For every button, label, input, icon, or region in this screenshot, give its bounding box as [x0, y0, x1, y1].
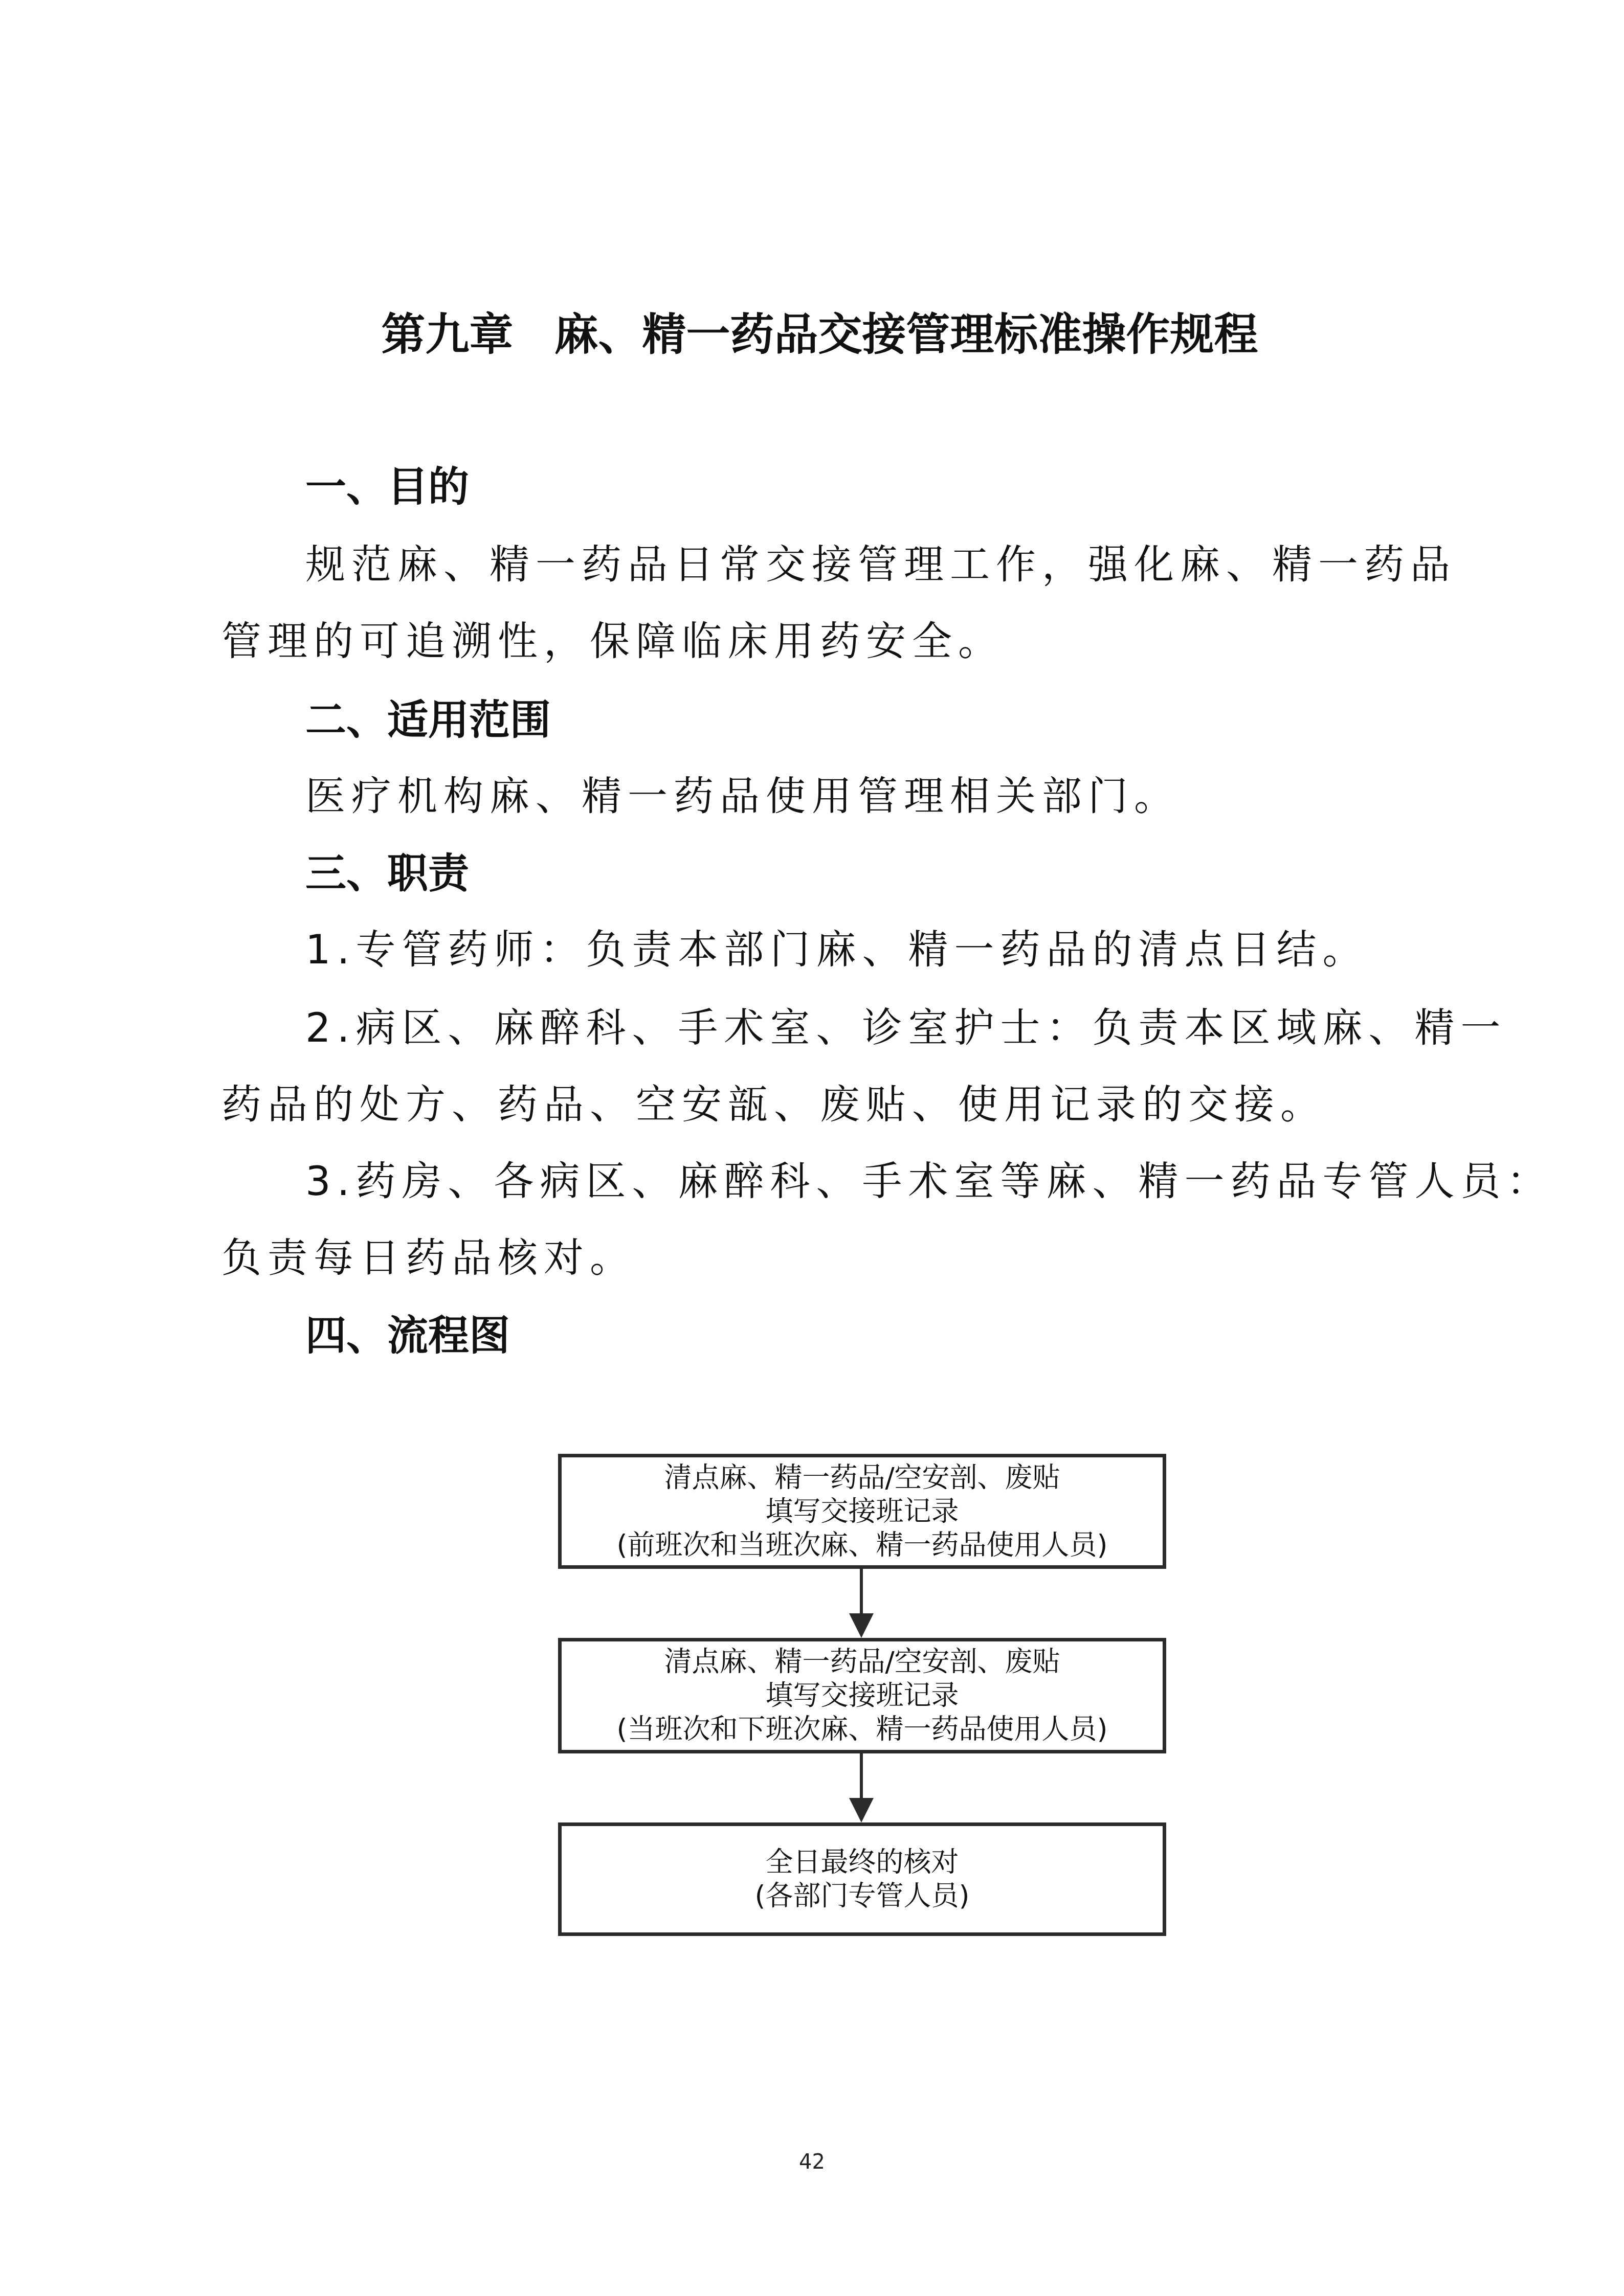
- purpose-line-1: 规范麻、精一药品日常交接管理工作，强化麻、精一药品: [305, 537, 1456, 593]
- step-3-line-1: 全日最终的核对: [766, 1845, 959, 1879]
- flow-arrow-1-line: [860, 1569, 863, 1615]
- section-heading-scope: 二、适用范围: [305, 692, 551, 748]
- duties-line-1: 1.专管药师：负责本部门麻、精一药品的清点日结。: [305, 922, 1368, 978]
- arrow-down-icon: [849, 1798, 874, 1822]
- step-2-line-2: 填写交接班记录: [766, 1679, 959, 1713]
- step-2-line-1: 清点麻、精一药品/空安剖、废贴: [664, 1645, 1060, 1679]
- step-1-line-3: (前班次和当班次麻、精一药品使用人员): [616, 1528, 1107, 1562]
- step-1-line-2: 填写交接班记录: [766, 1495, 959, 1528]
- flow-arrow-2-line: [860, 1753, 863, 1799]
- flowchart-step-3: 全日最终的核对 (各部门专管人员): [558, 1822, 1166, 1936]
- section-heading-duties: 三、职责: [305, 845, 469, 902]
- chapter-title: 第九章麻、精一药品交接管理标准操作规程: [381, 307, 1258, 363]
- flowchart-step-2: 清点麻、精一药品/空安剖、废贴 填写交接班记录 (当班次和下班次麻、精一药品使用…: [558, 1638, 1166, 1753]
- duties-line-4: 3.药房、各病区、麻醉科、手术室等麻、精一药品专管人员：: [305, 1154, 1552, 1210]
- section-heading-flowchart: 四、流程图: [305, 1308, 510, 1364]
- flowchart-step-1: 清点麻、精一药品/空安剖、废贴 填写交接班记录 (前班次和当班次麻、精一药品使用…: [558, 1454, 1166, 1569]
- scope-line-1: 医疗机构麻、精一药品使用管理相关部门。: [305, 769, 1180, 825]
- arrow-down-icon: [849, 1613, 874, 1638]
- duties-line-3: 药品的处方、药品、空安瓿、废贴、使用记录的交接。: [221, 1077, 1326, 1133]
- step-1-line-1: 清点麻、精一药品/空安剖、废贴: [664, 1461, 1060, 1495]
- step-2-line-3: (当班次和下班次麻、精一药品使用人员): [616, 1713, 1107, 1746]
- page-number: 42: [0, 2150, 1624, 2174]
- purpose-line-2: 管理的可追溯性，保障临床用药安全。: [221, 614, 1004, 670]
- section-heading-purpose: 一、目的: [305, 459, 469, 515]
- step-3-line-2: (各部门专管人员): [754, 1879, 969, 1913]
- duties-line-5: 负责每日药品核对。: [221, 1230, 636, 1287]
- chapter-name: 麻、精一药品交接管理标准操作规程: [554, 309, 1258, 361]
- duties-line-2: 2.病区、麻醉科、手术室、诊室护士：负责本区域麻、精一: [305, 1000, 1506, 1056]
- chapter-number: 第九章: [382, 309, 514, 361]
